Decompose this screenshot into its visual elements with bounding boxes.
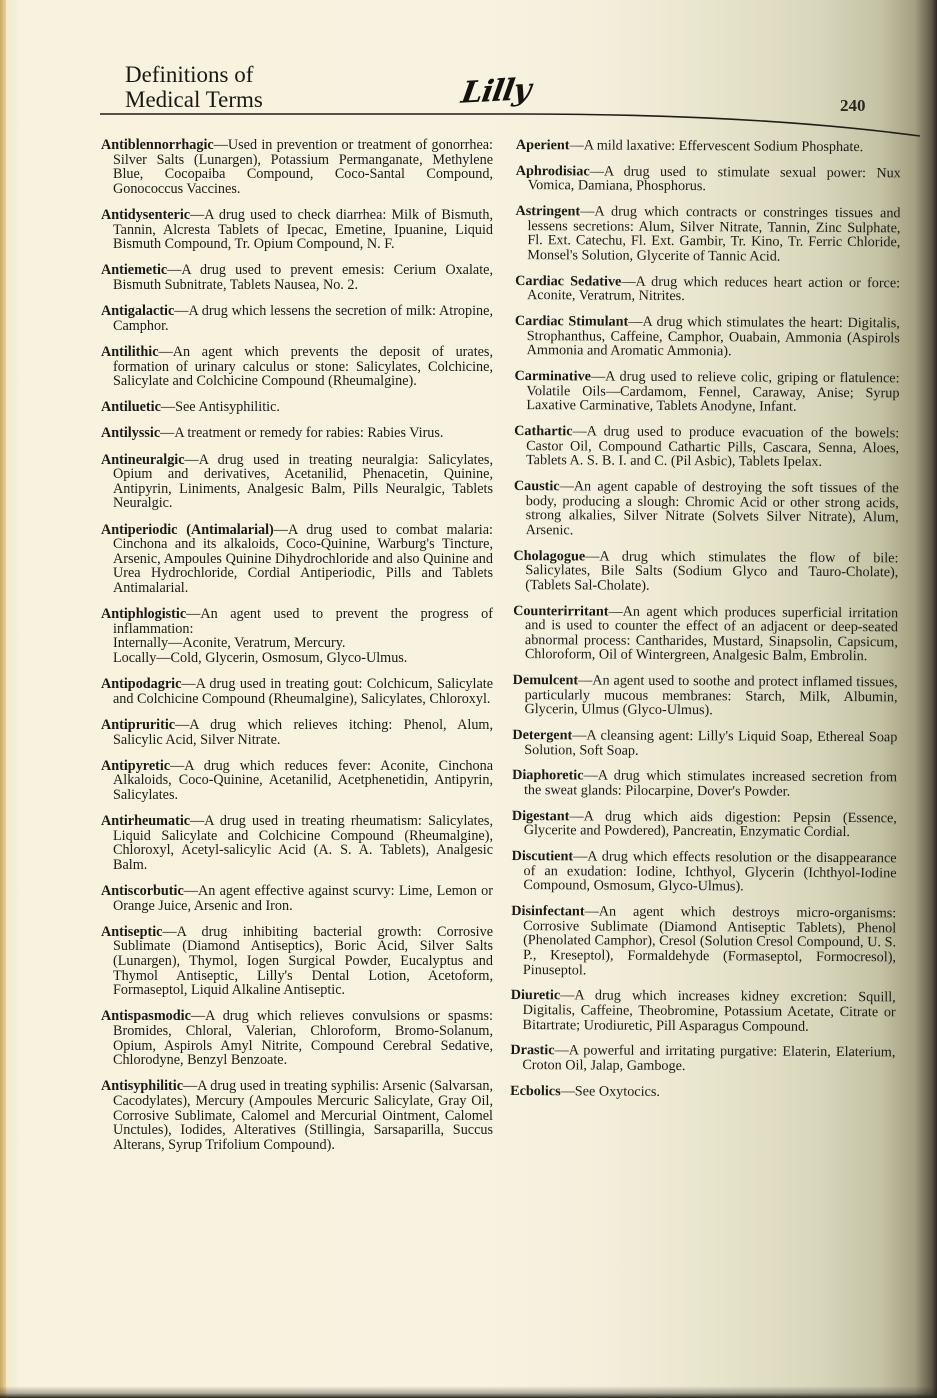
definition-entry: Disinfectant—An agent which destroys mic… bbox=[511, 904, 896, 979]
definition-entry: Diaphoretic—A drug which stimulates incr… bbox=[512, 768, 897, 800]
definition-entry: Antiblennorrhagic—Used in prevention or … bbox=[101, 138, 493, 196]
term-heading: Antiseptic bbox=[101, 924, 162, 940]
page-title-line-2: Medical Terms bbox=[125, 87, 263, 112]
definition-text: —A drug used to prevent emesis: Cerium O… bbox=[113, 262, 493, 293]
term-heading: Antilithic bbox=[101, 344, 159, 360]
definition-text: —An agent used to soothe and protect inf… bbox=[524, 672, 897, 718]
definition-entry: Antipyretic—A drug which reduces fever: … bbox=[101, 759, 493, 803]
definition-text: —A drug which aids digestion: Pepsin (Es… bbox=[524, 808, 897, 840]
definition-entry: Antiseptic—A drug inhibiting bacterial g… bbox=[101, 925, 493, 998]
definition-entry: Antigalactic—A drug which lessens the se… bbox=[101, 304, 493, 333]
term-heading: Antiscorbutic bbox=[101, 883, 184, 899]
term-heading: Antiblennorrhagic bbox=[101, 137, 214, 153]
definition-entry: Detergent—A cleansing agent: Lilly's Liq… bbox=[512, 728, 897, 760]
term-heading: Antiemetic bbox=[101, 262, 167, 278]
lilly-logo: Lilly bbox=[459, 72, 533, 110]
page-title: Definitions of Medical Terms bbox=[125, 62, 263, 112]
definition-entry: Antispasmodic—A drug which relieves conv… bbox=[101, 1009, 493, 1067]
definition-entry: Antineuralgic—A drug used in treating ne… bbox=[101, 453, 493, 511]
term-heading: Antirheumatic bbox=[101, 813, 190, 829]
term-heading: Antisyphilitic bbox=[101, 1078, 183, 1094]
definition-entry: Antiphlogistic—An agent used to prevent … bbox=[101, 607, 493, 665]
definition-text: —A mild laxative: Effervescent Sodium Ph… bbox=[570, 137, 864, 155]
definition-entry: Cardiac Sedative—A drug which reduces he… bbox=[515, 274, 900, 306]
right-column: Aperient—A mild laxative: Effervescent S… bbox=[510, 138, 901, 1112]
term-heading: Antipruritic bbox=[101, 717, 175, 733]
definition-entry: Cholagogue—A drug which stimulates the f… bbox=[513, 549, 898, 595]
definition-entry: Antilithic—An agent which prevents the d… bbox=[101, 345, 493, 389]
term-heading: Antiluetic bbox=[101, 399, 161, 415]
definition-entry: Drastic—A powerful and irritating purgat… bbox=[510, 1043, 895, 1075]
term-heading: Antigalactic bbox=[101, 303, 174, 319]
page-bottom-shadow bbox=[0, 1386, 937, 1398]
definition-entry: Discutient—A drug which effects resoluti… bbox=[511, 849, 896, 895]
term-heading: Antilyssic bbox=[101, 425, 160, 441]
definition-entry: Carminative—A drug used to relieve colic… bbox=[514, 369, 899, 415]
definition-text: —See Oxytocics. bbox=[561, 1083, 660, 1100]
definition-entry: Aphrodisiac—A drug used to stimulate sex… bbox=[516, 164, 901, 196]
definition-entry: Antiemetic—A drug used to prevent emesis… bbox=[101, 263, 493, 292]
definition-entry: Cathartic—A drug used to produce evacuat… bbox=[514, 424, 899, 470]
term-heading: Antipyretic bbox=[101, 758, 170, 774]
definition-entry: Antipruritic—A drug which relieves itchi… bbox=[101, 718, 493, 747]
definition-entry: Antiscorbutic—An agent effective against… bbox=[101, 884, 493, 913]
term-heading: Antiperiodic (Antimalarial) bbox=[101, 522, 274, 538]
definition-entry: Digestant—A drug which aids digestion: P… bbox=[512, 809, 897, 841]
definition-entry: Antilyssic—A treatment or remedy for rab… bbox=[101, 426, 493, 441]
term-heading: Antineuralgic bbox=[101, 452, 185, 468]
definition-text: —A drug inhibiting bacterial growth: Cor… bbox=[113, 924, 493, 998]
definition-text: —A drug which increases kidney excretion… bbox=[523, 988, 896, 1035]
term-heading: Antiphlogistic bbox=[101, 606, 186, 622]
definition-entry: Antiperiodic (Antimalarial)—A drug used … bbox=[101, 523, 493, 596]
definition-text: —An agent which prevents the deposit of … bbox=[113, 344, 493, 389]
definition-entry: Antipodagric—A drug used in treating gou… bbox=[101, 677, 493, 706]
definition-entry: Antisyphilitic—A drug used in treating s… bbox=[101, 1079, 493, 1152]
page-title-line-1: Definitions of bbox=[125, 62, 263, 87]
definition-entry: Caustic—An agent capable of destroying t… bbox=[514, 479, 899, 540]
term-heading: Antispasmodic bbox=[101, 1008, 191, 1024]
definition-text: —A powerful and irritating purgative: El… bbox=[522, 1043, 895, 1074]
definition-text: —A drug which reduces fever: Aconite, Ci… bbox=[113, 758, 493, 803]
definition-text: —See Antisyphilitic. bbox=[161, 399, 280, 415]
definition-entry: Antidysenteric—A drug used to check diar… bbox=[101, 208, 493, 252]
definition-text: —An agent capable of destroying the soft… bbox=[526, 478, 899, 538]
definition-entry: Cardiac Stimulant—A drug which stimulate… bbox=[515, 314, 900, 360]
definition-entry: Counterirritant—An agent which produces … bbox=[513, 604, 898, 665]
definition-text: —A treatment or remedy for rabies: Rabie… bbox=[160, 425, 443, 441]
book-page: Definitions of Medical Terms Lilly 240 A… bbox=[0, 0, 937, 1398]
term-heading: Aperient bbox=[516, 137, 570, 153]
definition-entry: Diuretic—A drug which increases kidney e… bbox=[511, 988, 896, 1034]
definition-subline: Internally—Aconite, Veratrum, Mercury. bbox=[113, 636, 493, 651]
term-heading: Ecbolics bbox=[510, 1083, 561, 1099]
definition-text: —A drug used to produce evacuation of th… bbox=[526, 423, 899, 470]
term-heading: Antidysenteric bbox=[101, 207, 190, 223]
definition-entry: Antiluetic—See Antisyphilitic. bbox=[101, 400, 493, 415]
definition-entry: Antirheumatic—A drug used in treating rh… bbox=[101, 814, 493, 872]
definition-text: —A drug which effects resolution or the … bbox=[523, 849, 896, 895]
definition-entry: Demulcent—An agent used to soothe and pr… bbox=[512, 673, 897, 719]
definition-text: —A cleansing agent: Lilly's Liquid Soap,… bbox=[524, 727, 897, 758]
page-edge bbox=[0, 0, 6, 1398]
definition-subline: Locally—Cold, Glycerin, Osmosum, Glyco-U… bbox=[113, 651, 493, 666]
left-column: Antiblennorrhagic—Used in prevention or … bbox=[101, 138, 493, 1164]
definition-text: —A drug which contracts or constringes t… bbox=[527, 204, 900, 265]
term-heading: Antipodagric bbox=[101, 676, 181, 692]
definition-entry: Astringent—A drug which contracts or con… bbox=[515, 204, 900, 265]
definition-entry: Ecbolics—See Oxytocics. bbox=[510, 1084, 895, 1101]
definition-entry: Aperient—A mild laxative: Effervescent S… bbox=[516, 138, 901, 155]
